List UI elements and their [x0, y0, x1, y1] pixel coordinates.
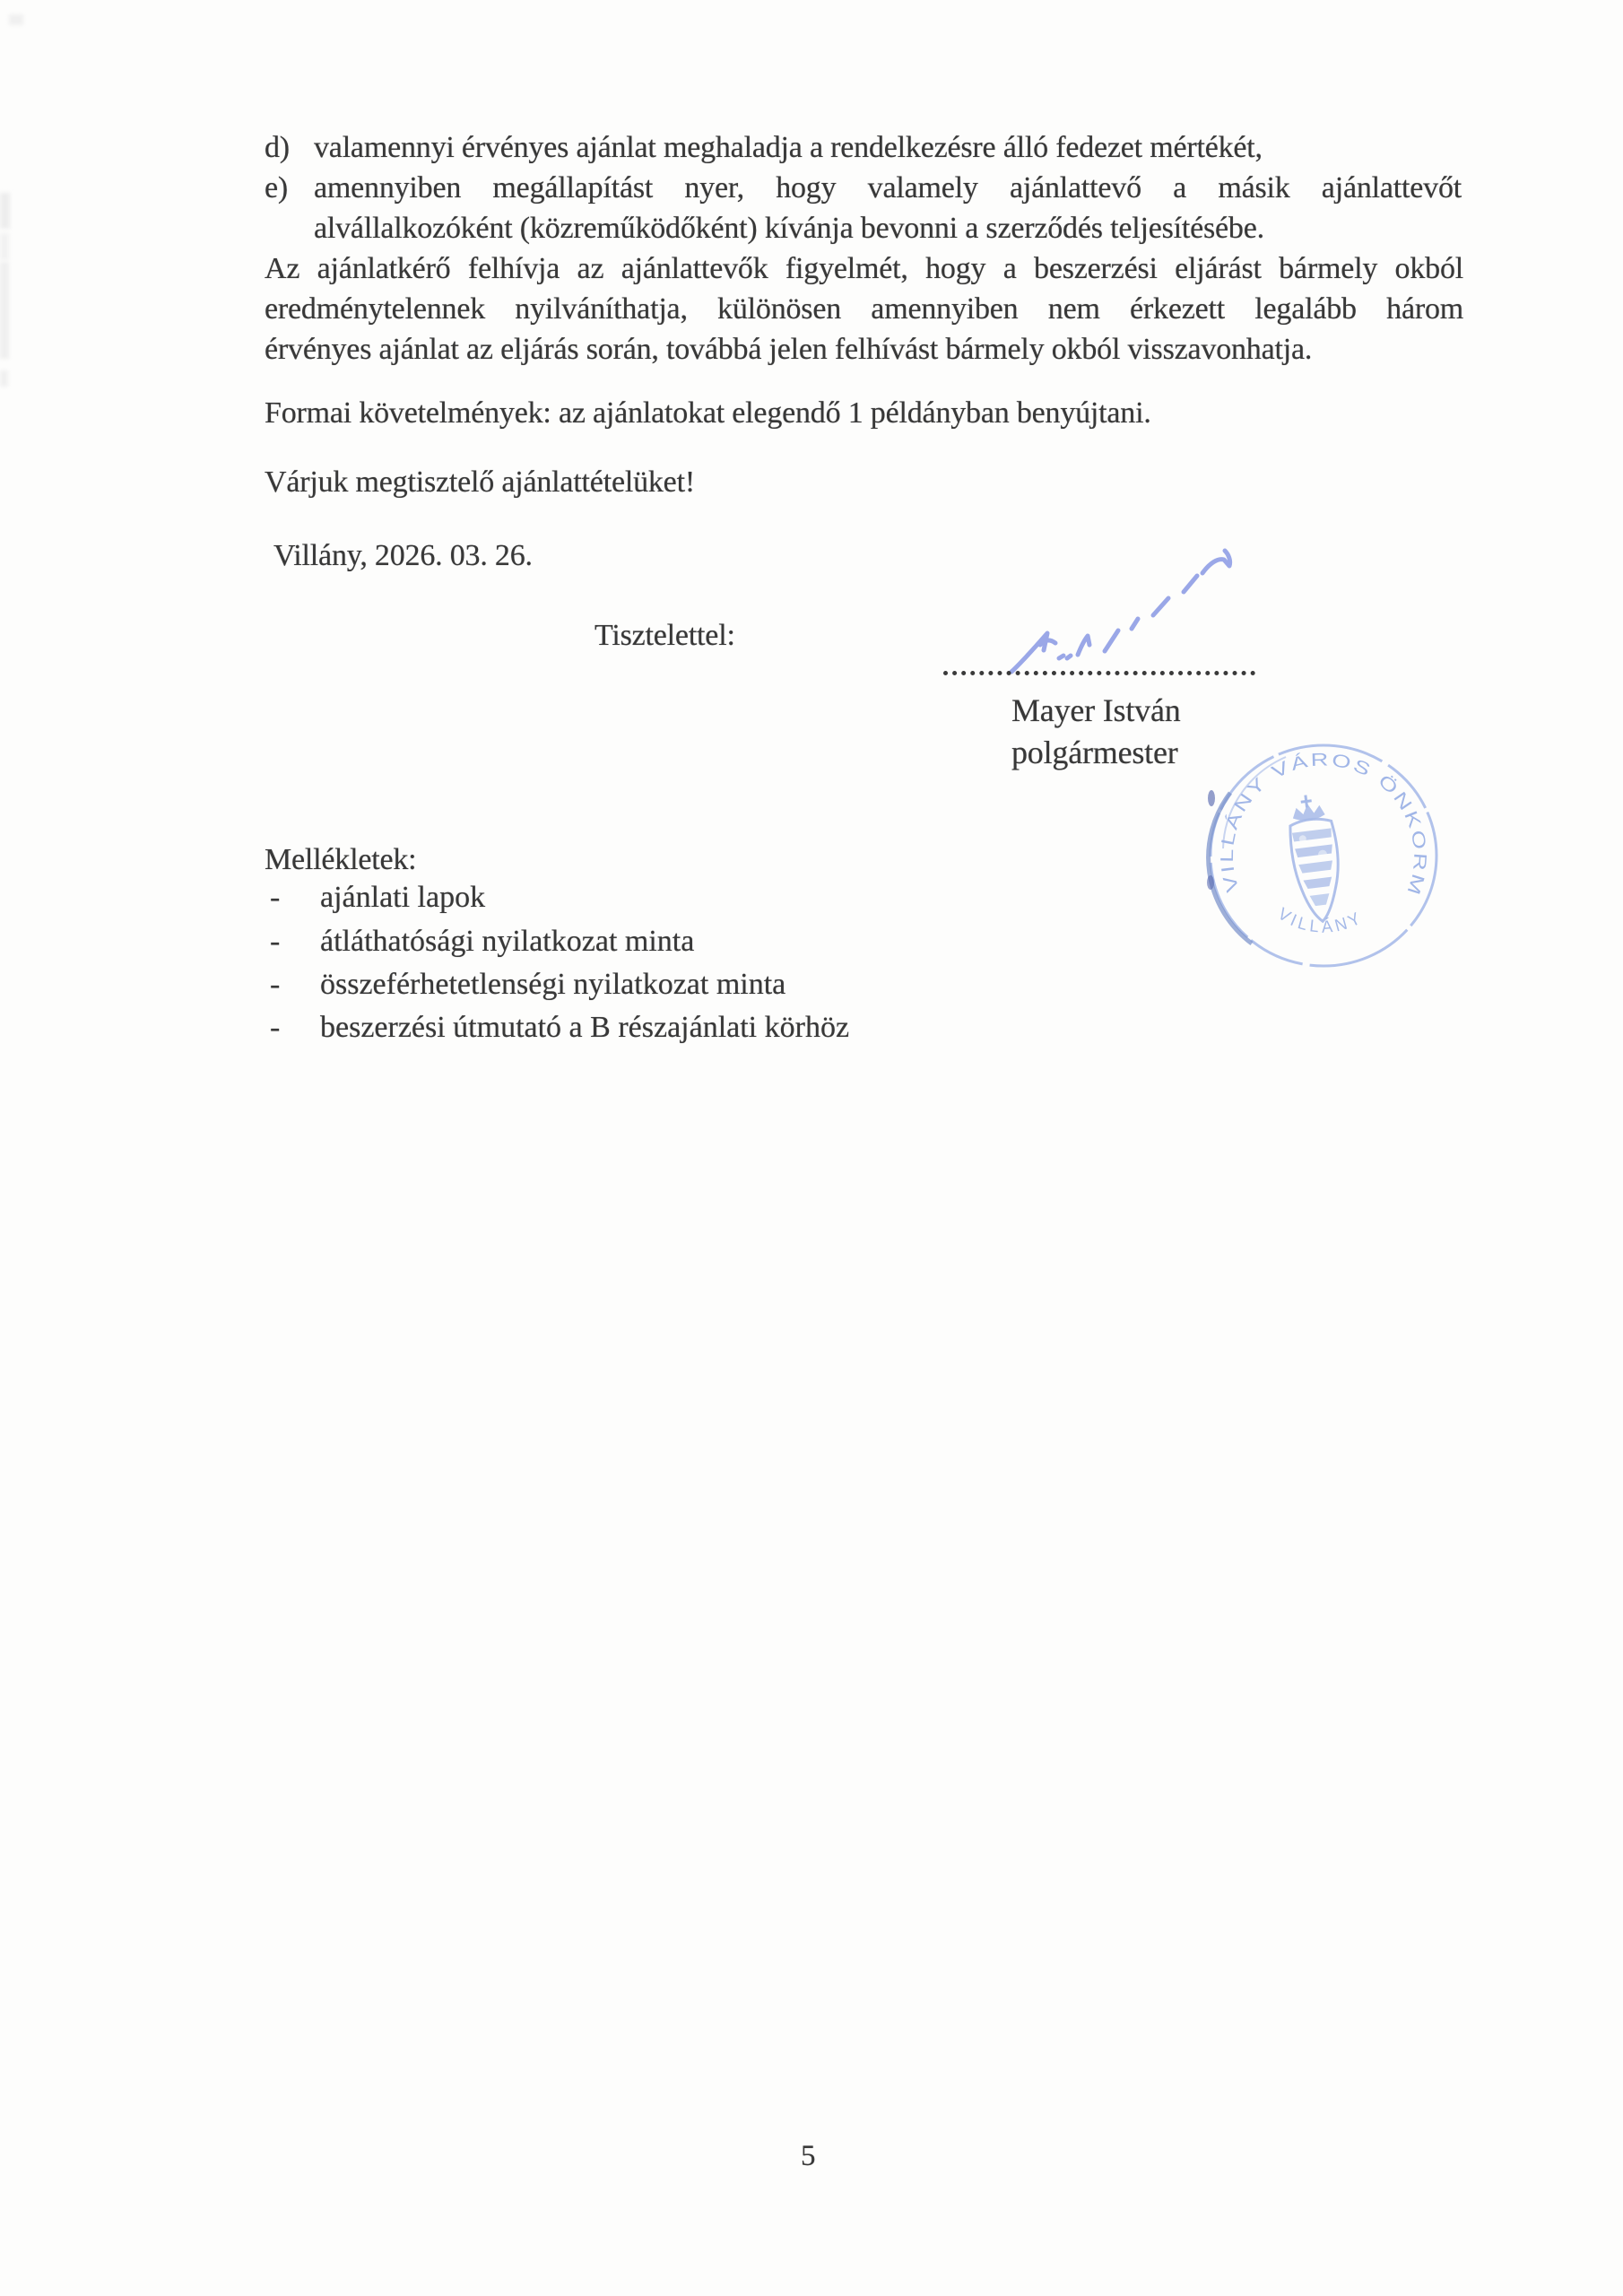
- stamp-ink-smudge: [1208, 790, 1215, 806]
- signature-ink: [995, 536, 1264, 684]
- paragraph-line-3: érvényes ajánlat az eljárás során, továb…: [265, 329, 1312, 370]
- attachment-item: - átláthatósági nyilatkozat minta: [265, 921, 694, 961]
- scan-artifact: [0, 193, 10, 229]
- closing-request-line: Várjuk megtisztelő ajánlattételüket!: [265, 462, 695, 502]
- scan-artifact: [9, 14, 23, 25]
- official-stamp: VILLÁNY VÁROS ÖNKORMÁNYZATA VILLÁNY: [1200, 741, 1451, 978]
- page-number: 5: [801, 2136, 815, 2177]
- attachment-dash: -: [265, 964, 320, 1004]
- signature-dotted-line: [943, 671, 1255, 675]
- attachment-label: átláthatósági nyilatkozat minta: [320, 921, 694, 961]
- list-item-e-label: e): [265, 168, 288, 208]
- salutation: Tisztelettel:: [595, 615, 735, 656]
- attachment-label: összeférhetetlenségi nyilatkozat minta: [320, 964, 785, 1004]
- dateline: Villány, 2026. 03. 26.: [273, 535, 533, 576]
- attachment-dash: -: [265, 1007, 320, 1048]
- scan-artifact: [0, 233, 9, 260]
- signatory-title: polgármester: [1011, 733, 1178, 773]
- signatory-name: Mayer István: [1011, 691, 1181, 731]
- attachments-heading: Mellékletek:: [265, 839, 416, 880]
- scanned-document-page: d) valamennyi érvényes ajánlat meghaladj…: [0, 0, 1623, 2296]
- list-item-d-label: d): [265, 127, 290, 168]
- attachment-item: - ajánlati lapok: [265, 877, 485, 918]
- list-item-e-text-line1: amennyiben megállapítást nyer, hogy vala…: [314, 168, 1462, 208]
- attachment-label: ajánlati lapok: [320, 877, 485, 918]
- stamp-crest: [1285, 792, 1345, 924]
- formal-requirements-line: Formai követelmények: az ajánlatokat ele…: [265, 393, 1151, 433]
- list-item-d-text: valamennyi érvényes ajánlat meghaladja a…: [314, 127, 1263, 168]
- attachment-item: - beszerzési útmutató a B részajánlati k…: [265, 1007, 849, 1048]
- paragraph-line-2: eredménytelennek nyilváníthatja, különös…: [265, 289, 1463, 329]
- attachment-dash: -: [265, 921, 320, 961]
- attachment-label: beszerzési útmutató a B részajánlati kör…: [320, 1007, 849, 1048]
- list-item-e-text-line2: alvállalkozóként (közreműködőként) kíván…: [314, 208, 1264, 248]
- scan-artifact: [0, 262, 9, 359]
- attachment-dash: -: [265, 877, 320, 918]
- scan-artifact: [0, 370, 8, 387]
- paragraph-line-1: Az ajánlatkérő felhívja az ajánlattevők …: [265, 248, 1463, 289]
- attachment-item: - összeférhetetlenségi nyilatkozat minta: [265, 964, 785, 1004]
- stamp-ink-smudge: [1207, 875, 1214, 890]
